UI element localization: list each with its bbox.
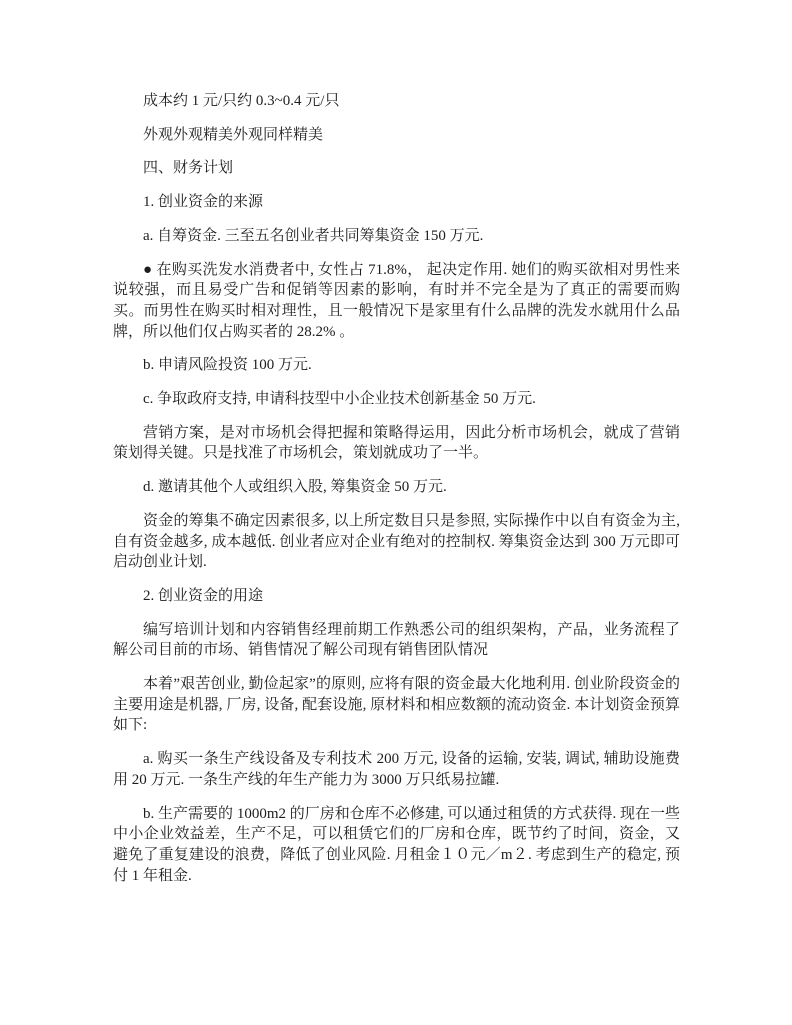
paragraph-funding-uncertainty: 资金的筹集不确定因素很多, 以上所定数目只是参照, 实际操作中以自有资金为主, … [113, 511, 680, 573]
document-text-block: 成本约 1 元/只约 0.3~0.4 元/只 外观外观精美外观同样精美 四、财务… [113, 91, 680, 886]
paragraph-item-b-factory-lease: b. 生产需要的 1000m2 的厂房和仓库不必修建, 可以通过租赁的方式获得.… [113, 804, 680, 887]
subsection-heading-funding-sources: 1. 创业资金的来源 [113, 192, 680, 213]
paragraph-marketing-plan: 营销方案，是对市场机会得把握和策略得运用，因此分析市场机会，就成了营销策划得关键… [113, 423, 680, 464]
paragraph-bullet-shampoo-consumers: ● 在购买洗发水消费者中, 女性占 71.8%， 起决定作用. 她们的购买欲相对… [113, 260, 680, 343]
paragraph-budget-principle: 本着”艰苦创业, 勤俭起家”的原则, 应将有限的资金最大化地利用. 创业阶段资金… [113, 674, 680, 736]
paragraph-item-a-self-funding: a. 自筹资金. 三至五名创业者共同筹集资金 150 万元. [113, 226, 680, 247]
paragraph-item-a-production-line: a. 购买一条生产线设备及专利技术 200 万元, 设备的运输, 安装, 调试,… [113, 749, 680, 790]
paragraph-item-c-government-support: c. 争取政府支持, 申请科技型中小企业技术创新基金 50 万元. [113, 389, 680, 410]
document-page: 成本约 1 元/只约 0.3~0.4 元/只 外观外观精美外观同样精美 四、财务… [0, 0, 792, 1025]
paragraph-item-b-venture-capital: b. 申请风险投资 100 万元. [113, 355, 680, 376]
paragraph-training-plan: 编写培训计划和内容销售经理前期工作熟悉公司的组织架构，产品，业务流程了解公司目前… [113, 620, 680, 661]
paragraph-item-d-invite-shareholders: d. 邀请其他个人或组织入股, 筹集资金 50 万元. [113, 477, 680, 498]
paragraph-appearance: 外观外观精美外观同样精美 [113, 125, 680, 146]
section-heading-finance-plan: 四、财务计划 [113, 158, 680, 179]
paragraph-cost-per-unit: 成本约 1 元/只约 0.3~0.4 元/只 [113, 91, 680, 112]
subsection-heading-funding-usage: 2. 创业资金的用途 [113, 586, 680, 607]
